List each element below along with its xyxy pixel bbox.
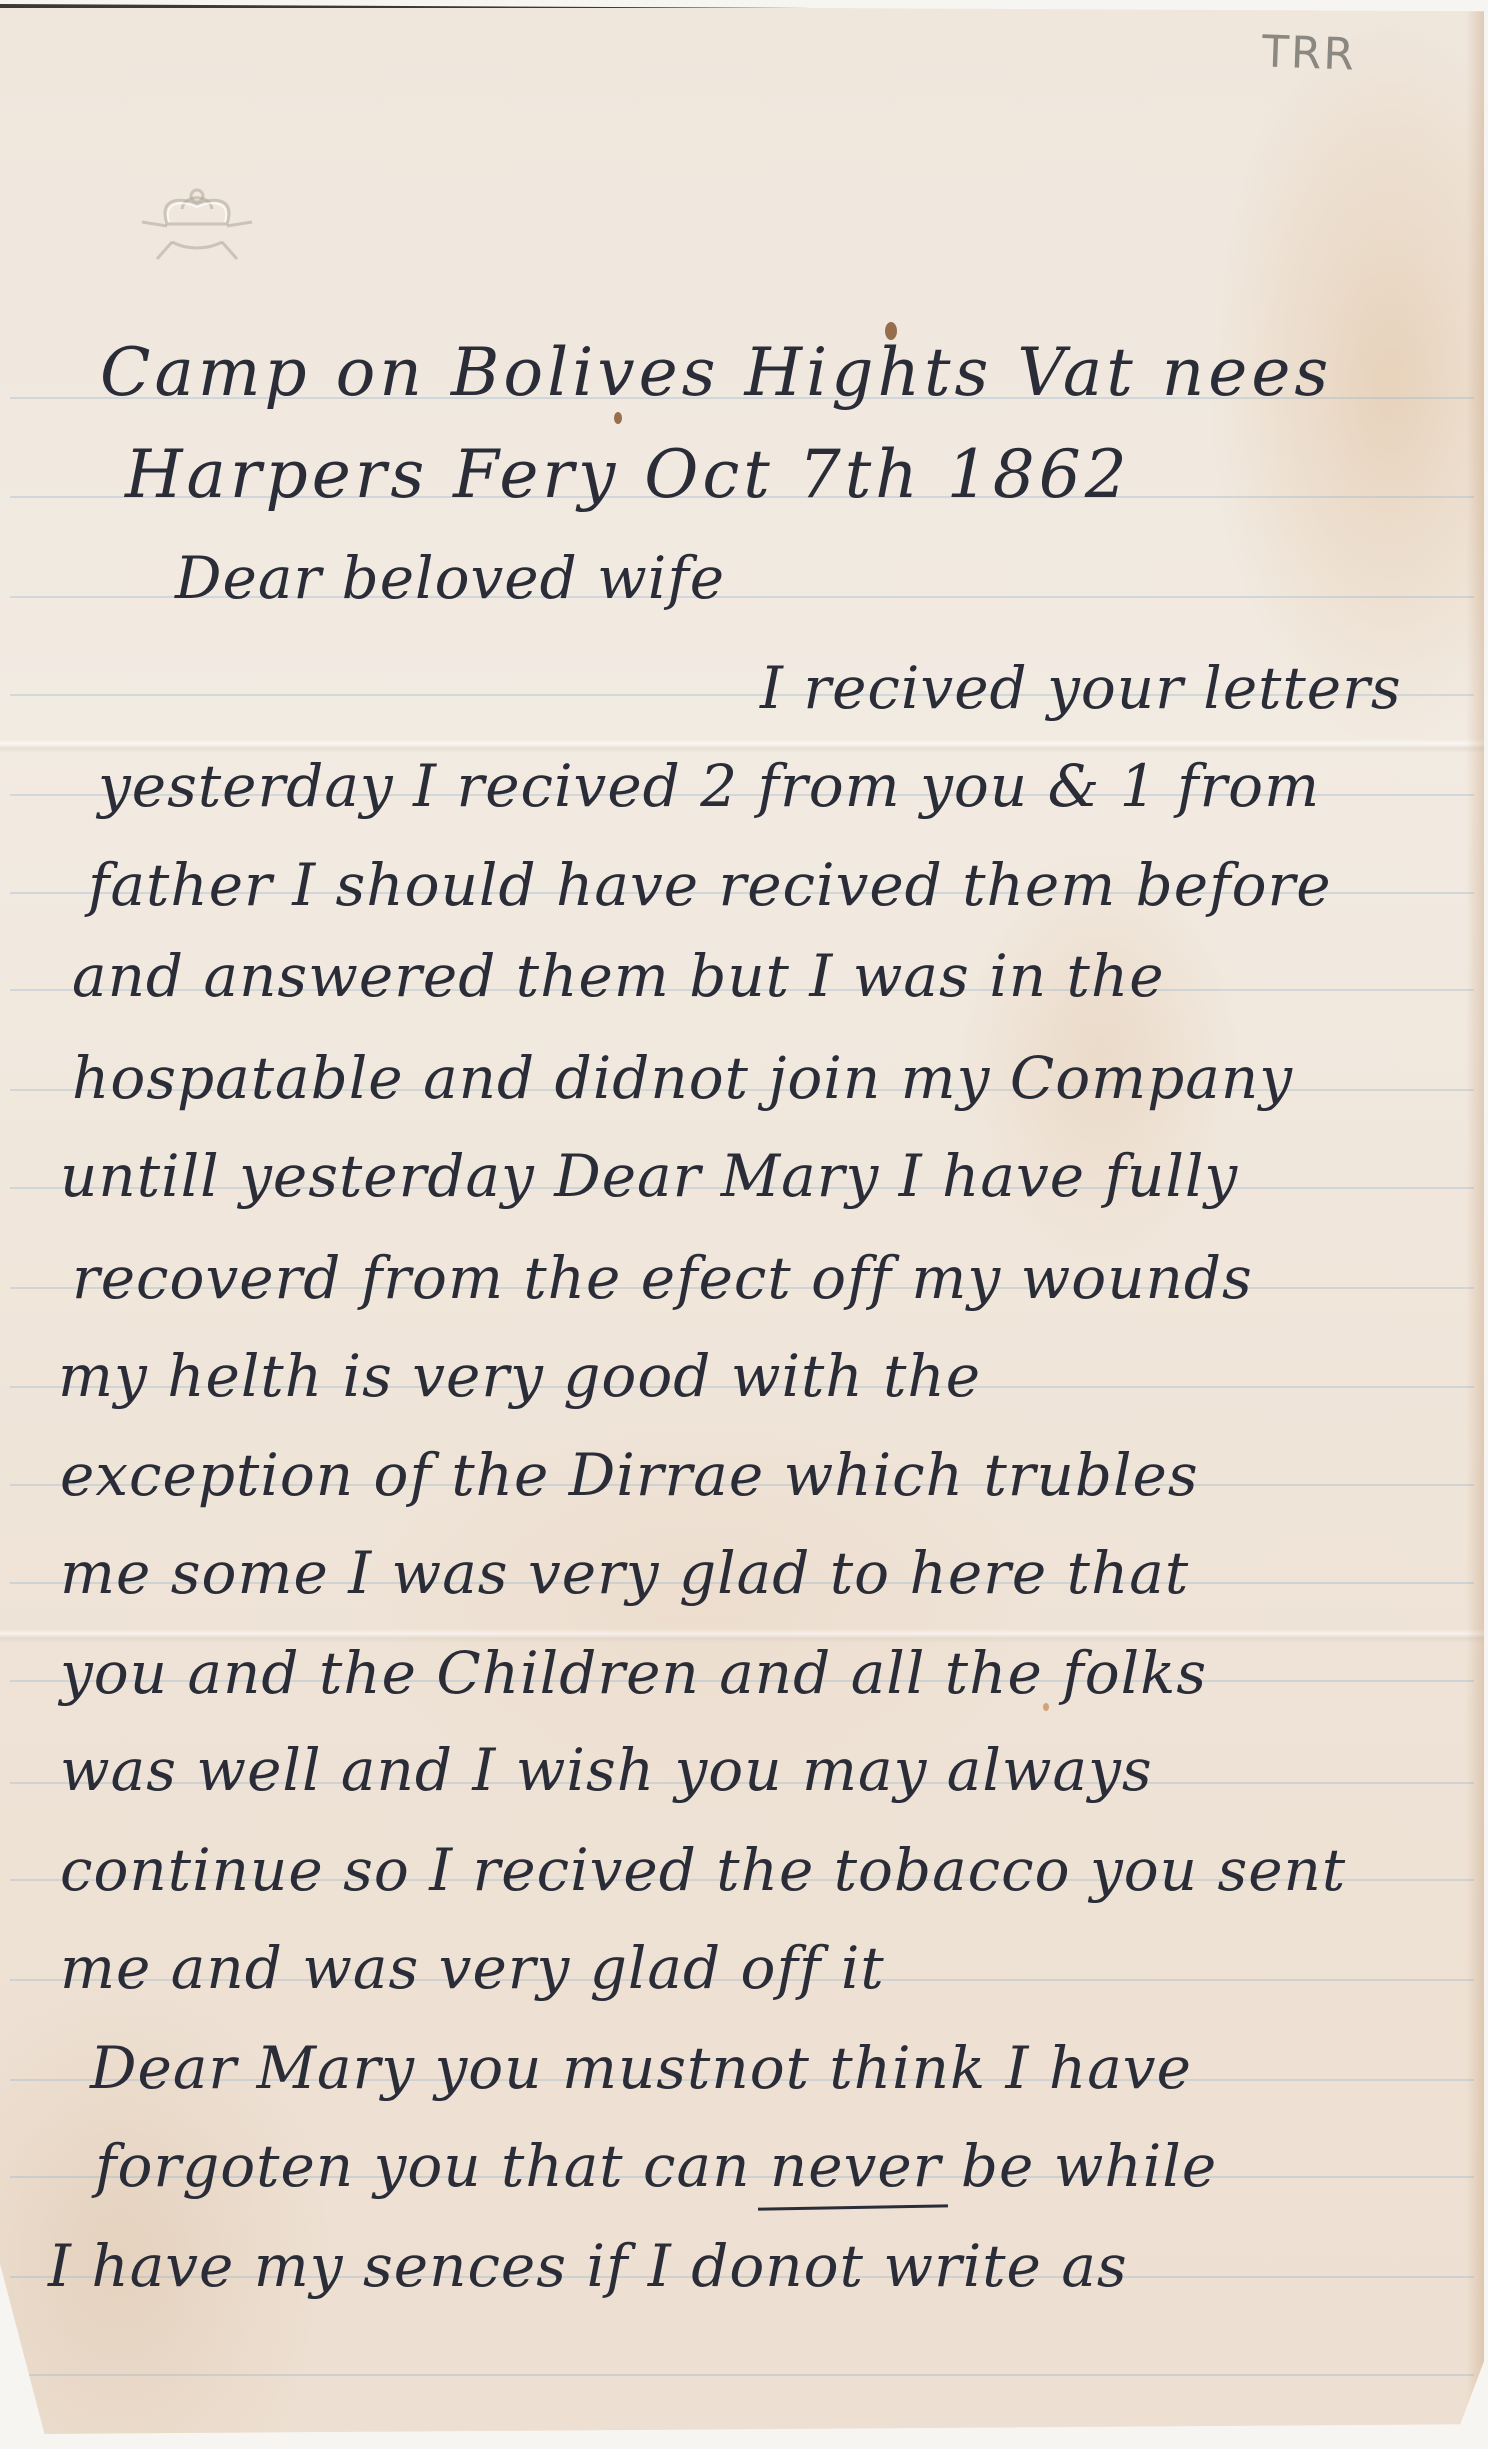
letter-line: I have my sences if I donot write as bbox=[48, 2232, 1128, 2300]
letter-line: untill yesterday Dear Mary I have fully bbox=[60, 1142, 1238, 1210]
letter-line: my helth is very good with the bbox=[58, 1342, 981, 1410]
letter-line: you and the Children and all the folks bbox=[60, 1639, 1207, 1707]
letter-line: Dear Mary you mustnot think I have bbox=[90, 2034, 1192, 2102]
letter-heading-place: Camp on Bolives Hights Vat nees bbox=[100, 334, 1332, 411]
letter-line: forgoten you that can never be while bbox=[95, 2132, 1217, 2200]
letter-line: me some I was very glad to here that bbox=[60, 1539, 1189, 1607]
letter-heading-date: Harpers Fery Oct 7th 1862 bbox=[125, 436, 1131, 513]
letter-line: hospatable and didnot join my Company bbox=[72, 1044, 1293, 1112]
letter-text: Camp on Bolives Hights Vat nees Harpers … bbox=[0, 4, 1484, 2434]
letter-line: exception of the Dirrae which trubles bbox=[60, 1441, 1199, 1509]
letter-salutation: Dear beloved wife bbox=[175, 544, 725, 612]
underline-mark bbox=[758, 2204, 948, 2210]
letter-page: TRR Camp on Bolives Hights Vat nees Harp… bbox=[0, 4, 1484, 2434]
letter-line: recoverd from the efect off my wounds bbox=[72, 1244, 1253, 1312]
letter-line: father I should have recived them before bbox=[88, 851, 1332, 919]
letter-line: continue so I recived the tobacco you se… bbox=[60, 1836, 1346, 1904]
letter-line: yesterday I recived 2 from you & 1 from bbox=[98, 752, 1320, 820]
letter-line: was well and I wish you may always bbox=[60, 1736, 1153, 1804]
letter-line: and answered them but I was in the bbox=[72, 942, 1165, 1010]
letter-line: I recived your letters bbox=[760, 654, 1402, 722]
letter-line: me and was very glad off it bbox=[60, 1934, 885, 2002]
